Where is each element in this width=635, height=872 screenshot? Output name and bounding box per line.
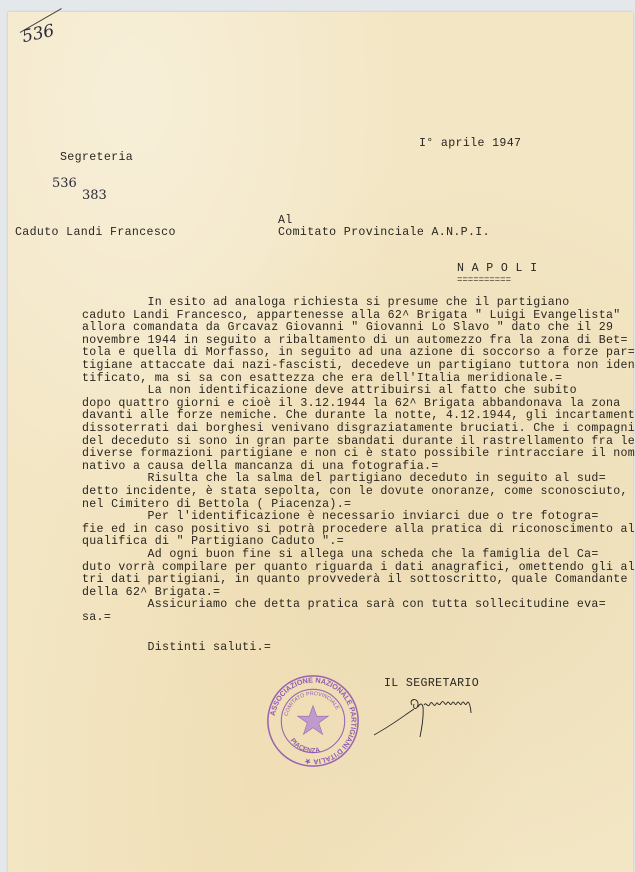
recipient-city-underline: ========== [457,274,511,287]
body-line: tri dati partigiani, in quanto provveder… [82,573,628,586]
body-line: allora comandata da Grcavaz Giovanni " G… [82,321,613,334]
body-line: Distinti saluti.= [82,641,271,654]
body-line: detto incidente, è stata sepolta, con le… [82,485,628,498]
body-line: Ad ogni buon fine si allega una scheda c… [82,548,599,561]
body-line: Per l'identificazione è necessario invia… [82,510,599,523]
body-line: fie ed in caso positivo si potrà procede… [82,523,635,536]
body-line: duto vorrà compilare per quanto riguarda… [82,561,635,574]
body-line: La non identificazione deve attribuirsi … [82,384,577,397]
body-line: nel Cimitero di Bettola ( Piacenza).= [82,498,351,511]
protocol-number-1: 536 [52,176,77,191]
body-line: novembre 1944 in seguito a ribaltamento … [82,334,628,347]
office-label: Segreteria [60,151,133,164]
letter-date: I° aprile 1947 [419,137,521,150]
body-line: dopo quattro giorni e cioè il 3.12.1944 … [82,397,621,410]
body-line: Assicuriamo che detta pratica sarà con t… [82,598,606,611]
body-line: sa.= [82,611,111,624]
body-line: In esito ad analoga richiesta si presume… [82,296,570,309]
body-line: davanti alle forze nemiche. Che durante … [82,409,635,422]
body-line: nativo a causa della mancanza di una fot… [82,460,439,473]
body-line: diverse formazioni partigiane e non ci è… [82,447,635,460]
body-line: tigiane attaccate dai nazi-fascisti, dec… [82,359,635,372]
body-line: qualifica di " Partigiano Caduto ".= [82,535,344,548]
letter-subject: Caduto Landi Francesco [15,226,176,239]
body-line: della 62^ Brigata.= [82,586,220,599]
body-line: Risulta che la salma del partigiano dece… [82,472,606,485]
handwritten-signature [372,685,512,745]
body-line: tola e quella di Morfasso, in seguito ad… [82,346,635,359]
protocol-number-2: 383 [82,188,107,203]
anpi-stamp: ASSOCIAZIONE NAZIONALE PARTIGIANI D'ITAL… [265,673,361,769]
body-line: dissoterrati dai borghesi venivano disgr… [82,422,635,435]
body-line: tificato, ma si sa con esattezza che era… [82,372,562,385]
recipient-name: Comitato Provinciale A.N.P.I. [278,226,490,239]
body-line: del deceduto si sono in gran parte sband… [82,435,635,448]
body-line: caduto Landi Francesco, appartenesse all… [82,309,621,322]
